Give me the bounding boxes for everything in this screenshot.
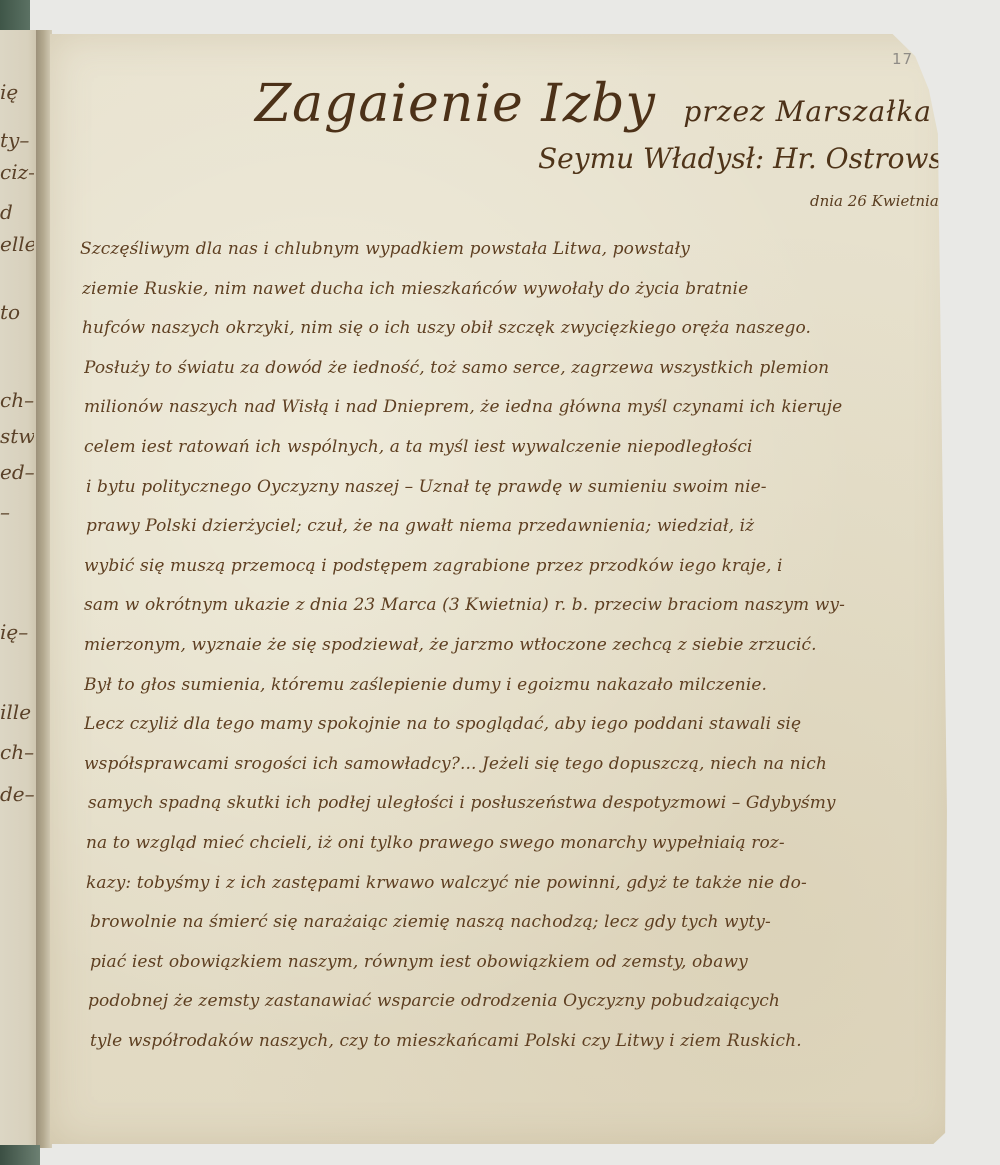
text-line: Był to głos sumienia, któremu zaślepieni… bbox=[84, 666, 954, 706]
page-gutter-shadow bbox=[36, 30, 52, 1148]
previous-page-text: to bbox=[0, 300, 34, 324]
text-line: milionów naszych nad Wisłą i nad Dniepre… bbox=[84, 388, 954, 428]
manuscript-page: 17 Zagaienie Izby przez Marszałka Seymu … bbox=[50, 34, 956, 1144]
previous-page-text: ię– bbox=[0, 620, 34, 644]
previous-page-edge: ię ty– ciz– d elle to ch– stw ed– – ię– … bbox=[0, 30, 40, 1148]
text-line: kazy: tobyśmy i z ich zastępami krwawo w… bbox=[86, 864, 956, 904]
manuscript-body: Szczęśliwym dla nas i chlubnym wypadkiem… bbox=[80, 230, 950, 1061]
previous-page-text: stw bbox=[0, 424, 34, 448]
previous-page-text: ię bbox=[0, 80, 34, 104]
text-line: Lecz czyliż dla tego mamy spokojnie na t… bbox=[84, 705, 954, 745]
text-line: i bytu politycznego Oyczyzny naszej – Uz… bbox=[86, 468, 956, 508]
text-line: hufców naszych okrzyki, nim się o ich us… bbox=[82, 309, 952, 349]
text-line: Posłuży to światu za dowód że iedność, t… bbox=[84, 349, 954, 389]
document-title: Zagaienie Izby przez Marszałka bbox=[255, 74, 932, 134]
text-line: tyle współrodaków naszych, czy to mieszk… bbox=[90, 1022, 960, 1062]
document-subtitle: Seymu Władysł: Hr. Ostrowskiego bbox=[538, 142, 1000, 175]
text-line: mierzonym, wyznaie że się spodziewał, że… bbox=[84, 626, 954, 666]
document-date: dnia 26 Kwietnia bbox=[810, 192, 939, 210]
title-main-text: Zagaienie Izby bbox=[255, 74, 656, 134]
folio-number: 17 bbox=[892, 50, 913, 68]
text-line: piać iest obowiązkiem naszym, równym ies… bbox=[90, 943, 960, 983]
previous-page-text: ille bbox=[0, 700, 34, 724]
previous-page-text: ty– bbox=[0, 128, 34, 152]
text-line: podobnej że zemsty zastanawiać wsparcie … bbox=[88, 982, 958, 1022]
text-line: na to wzgląd mieć chcieli, iż oni tylko … bbox=[86, 824, 956, 864]
previous-page-text: – bbox=[0, 500, 34, 524]
text-line: wybić się muszą przemocą i podstępem zag… bbox=[84, 547, 954, 587]
previous-page-text: d bbox=[0, 200, 34, 224]
previous-page-text: ciz– bbox=[0, 160, 34, 184]
text-line: współsprawcami srogości ich samowładcy?.… bbox=[84, 745, 954, 785]
book-binding-bottom bbox=[0, 1145, 40, 1165]
text-line: prawy Polski dzierżyciel; czuł, że na gw… bbox=[86, 507, 956, 547]
text-line: browolnie na śmierć się narażaiąc ziemię… bbox=[90, 903, 960, 943]
previous-page-text: de– bbox=[0, 782, 34, 806]
text-line: celem iest ratowań ich wspólnych, a ta m… bbox=[84, 428, 954, 468]
text-line: Szczęśliwym dla nas i chlubnym wypadkiem… bbox=[80, 230, 950, 270]
previous-page-text: elle bbox=[0, 232, 34, 256]
text-line: ziemie Ruskie, nim nawet ducha ich miesz… bbox=[82, 270, 952, 310]
previous-page-text: ch– bbox=[0, 388, 34, 412]
text-line: sam w okrótnym ukazie z dnia 23 Marca (3… bbox=[84, 586, 954, 626]
manuscript-scan: ię ty– ciz– d elle to ch– stw ed– – ię– … bbox=[0, 0, 1000, 1165]
previous-page-text: ed– bbox=[0, 460, 34, 484]
title-connector: przez Marszałka bbox=[683, 95, 932, 128]
text-line: samych spadną skutki ich podłej uległośc… bbox=[88, 784, 958, 824]
previous-page-text: ch– bbox=[0, 740, 34, 764]
